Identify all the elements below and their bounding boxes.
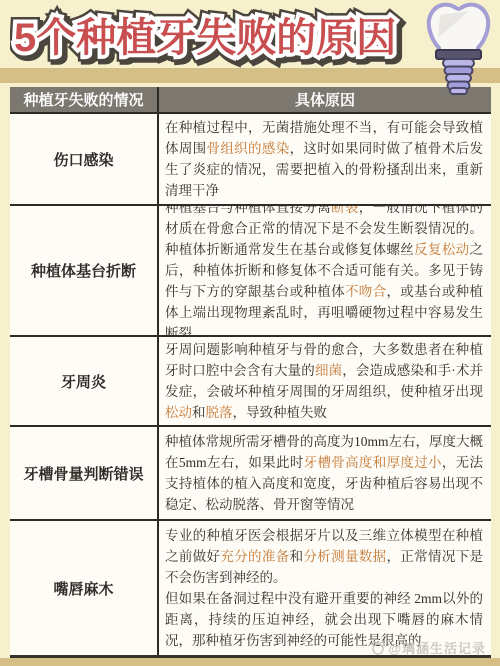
table-row-periodontitis: 牙周炎 牙周问题影响种植牙与骨的愈合，大多数患者在种植牙时口腔中会含有大量的细菌… <box>10 337 491 427</box>
failure-reason-text: 种植基台与种植体直接分离断裂，一般情况下植体的材质在骨愈合正常的情况下是不会发生… <box>159 206 491 335</box>
table-row-bone-misjudgment: 牙槽骨量判断错误 种植体常规所需牙槽骨的高度为10mm左右，厚度大概在5mm左右… <box>10 427 491 521</box>
table-row-lip-numbness: 嘴唇麻木 专业的种植牙医会根据牙片以及三维立体模型在种植之前做好充分的准备和分析… <box>10 521 491 655</box>
failure-situation-label: 伤口感染 <box>10 114 159 204</box>
panda-face-icon <box>371 641 385 655</box>
dental-implant-icon <box>419 2 497 96</box>
failure-reason-text: 牙周问题影响种植牙与骨的愈合，大多数患者在种植牙时口腔中会含有大量的细菌，会造成… <box>159 337 491 425</box>
column-header-situation: 种植牙失败的情况 <box>10 87 159 112</box>
failure-situation-label: 种植体基台折断 <box>10 206 159 335</box>
failure-reason-text: 种植体常规所需牙槽骨的高度为10mm左右，厚度大概在5mm左右，如果此时牙槽骨高… <box>159 427 491 519</box>
title-text: 5个种植牙失败的原因 <box>14 16 396 60</box>
watermark: @璃涵生活记录 <box>371 638 486 657</box>
decor-band-bottom <box>0 658 500 666</box>
failure-reason-text: 在种植过程中，无菌措施处理不当，有可能会导致植体周围骨组织的感染，这时如果同时做… <box>159 114 491 204</box>
table-row-wound-infection: 伤口感染 在种植过程中，无菌措施处理不当，有可能会导致植体周围骨组织的感染，这时… <box>10 114 491 206</box>
table-row-abutment-fracture: 种植体基台折断 种植基台与种植体直接分离断裂，一般情况下植体的材质在骨愈合正常的… <box>10 206 491 337</box>
failure-reasons-table: 种植牙失败的情况 具体原因 伤口感染 在种植过程中，无菌措施处理不当，有可能会导… <box>10 87 491 658</box>
failure-situation-label: 嘴唇麻木 <box>10 521 159 655</box>
infographic-page: 5个种植牙失败的原因 5个种植牙失败的原因 5个种植牙失败的原因 5个种植牙失败… <box>0 0 500 666</box>
failure-reason-text: 专业的种植牙医会根据牙片以及三维立体模型在种植之前做好充分的准备和分析测量数据，… <box>159 521 491 655</box>
watermark-text: @璃涵生活记录 <box>388 638 486 657</box>
page-title: 5个种植牙失败的原因 5个种植牙失败的原因 5个种植牙失败的原因 5个种植牙失败… <box>10 4 422 68</box>
failure-situation-label: 牙槽骨量判断错误 <box>10 427 159 519</box>
failure-situation-label: 牙周炎 <box>10 337 159 425</box>
